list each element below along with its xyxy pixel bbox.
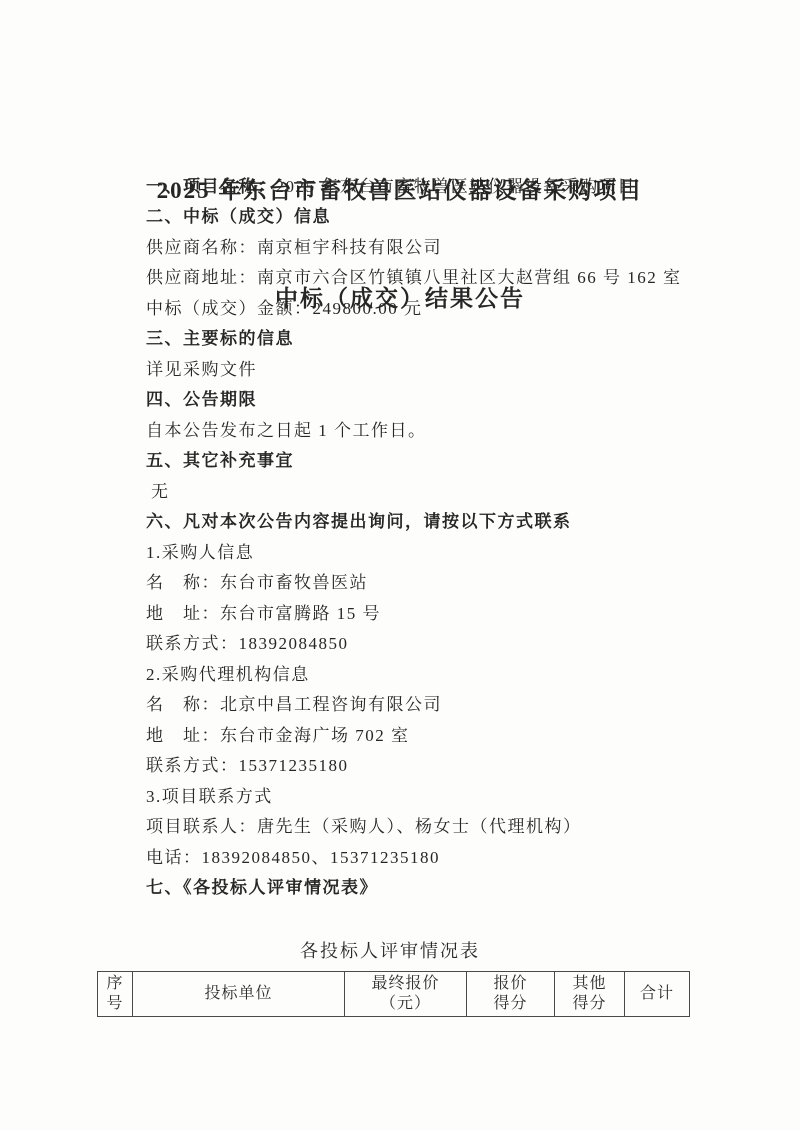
col-header-total: 合计 [625, 972, 690, 1017]
project-name-label: 一、项目名称： [146, 172, 276, 197]
doc-heading-subject-info: 三、主要标的信息 [146, 322, 770, 353]
doc-line-agency-address: 地 址：东台市金海广场 702 室 [146, 718, 770, 749]
doc-heading-other-matters: 五、其它补充事宜 [146, 444, 770, 475]
col-header-bidder: 投标单位 [133, 972, 345, 1017]
document-body: 一、项目名称：2025 年东台市畜牧兽医站仪器设备采购项目 二、中标（成交）信息… [146, 169, 770, 901]
doc-line-agency-info: 2.采购代理机构信息 [146, 657, 770, 688]
review-table-title: 各投标人评审情况表 [97, 938, 683, 964]
doc-line-purchaser-phone: 联系方式：18392084850 [146, 627, 770, 658]
doc-line-project-contact: 3.项目联系方式 [146, 779, 770, 810]
doc-line-see-procurement-doc: 详见采购文件 [146, 352, 770, 383]
doc-line-supplier-name: 供应商名称：南京桓宇科技有限公司 [146, 230, 770, 261]
doc-line-purchaser-name: 名 称：东台市畜牧兽医站 [146, 566, 770, 597]
doc-line-agency-phone: 联系方式：15371235180 [146, 749, 770, 780]
doc-heading-contact-methods: 六、凡对本次公告内容提出询问，请按以下方式联系 [146, 505, 770, 536]
col-header-serial-number: 序号 [98, 972, 133, 1017]
scanned-document-page: 2025 年东台市畜牧兽医站仪器设备采购项目 中标（成交）结果公告 一、项目名称… [0, 0, 800, 1131]
review-table: 序号 投标单位 最终报价（元） 报价得分 其他得分 合计 [97, 971, 690, 1017]
doc-line-contact-persons: 项目联系人：唐先生（采购人）、杨女士（代理机构） [146, 810, 770, 841]
doc-line-supplier-address: 供应商地址：南京市六合区竹镇镇八里社区大赵营组 66 号 162 室 [146, 261, 770, 292]
doc-line-purchaser-info: 1.采购人信息 [146, 535, 770, 566]
doc-line-award-amount: 中标（成交）金额：249800.00 元 [146, 291, 770, 322]
doc-line-period-detail: 自本公告发布之日起 1 个工作日。 [146, 413, 770, 444]
doc-line-contact-phones: 电话：18392084850、15371235180 [146, 840, 770, 871]
doc-line-agency-name: 名 称：北京中昌工程咨询有限公司 [146, 688, 770, 719]
col-header-final-price: 最终报价（元） [345, 972, 467, 1017]
doc-heading-review-table-ref: 七、《各投标人评审情况表》 [146, 871, 770, 902]
project-name-value: 2025 年东台市畜牧兽医站仪器设备采购项目 [276, 172, 636, 197]
col-header-price-score: 报价得分 [467, 972, 555, 1017]
doc-line-project-name: 一、项目名称：2025 年东台市畜牧兽医站仪器设备采购项目 [146, 169, 770, 200]
doc-line-none: 无 [146, 474, 770, 505]
review-table-header-row: 序号 投标单位 最终报价（元） 报价得分 其他得分 合计 [98, 972, 690, 1017]
doc-heading-announcement-period: 四、公告期限 [146, 383, 770, 414]
doc-line-purchaser-address: 地 址：东台市富腾路 15 号 [146, 596, 770, 627]
col-header-other-score: 其他得分 [555, 972, 625, 1017]
doc-heading-award-info: 二、中标（成交）信息 [146, 200, 770, 231]
